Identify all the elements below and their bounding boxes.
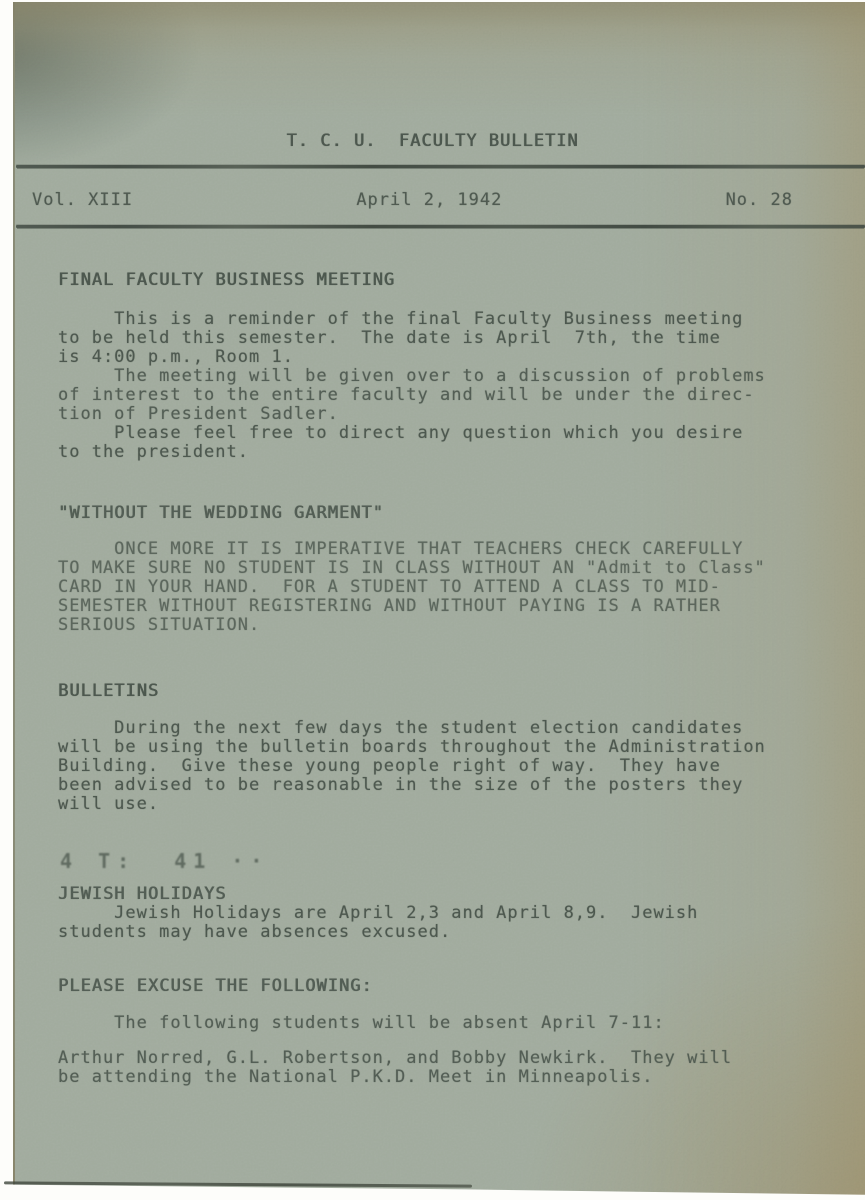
paragraph: This is a reminder of the final Faculty … (58, 310, 743, 367)
issue-number-label: No. 28 (726, 190, 793, 210)
masthead-rule-top (16, 165, 865, 168)
paragraph: ONCE MORE IT IS IMPERATIVE THAT TEACHERS… (58, 540, 766, 635)
paragraph: The meeting will be given over to a disc… (58, 367, 766, 424)
paragraph: Jewish Holidays are April 2,3 and April … (58, 904, 698, 942)
volume-label: Vol. XIII (32, 190, 133, 210)
scanned-bulletin-page: T. C. U. FACULTY BULLETIN Vol. XIII Apri… (0, 0, 865, 1200)
section-heading-please-excuse: PLEASE EXCUSE THE FOLLOWING: (58, 977, 373, 996)
pencil-smudge-marks: 4 T: 41 ·· (60, 849, 269, 873)
masthead-rule-bottom (16, 225, 865, 228)
section-heading-wedding-garment: "WITHOUT THE WEDDING GARMENT" (58, 504, 384, 523)
paragraph: During the next few days the student ele… (58, 719, 766, 814)
bulletin-title: T. C. U. FACULTY BULLETIN (0, 132, 865, 151)
section-heading-final-faculty-meeting: FINAL FACULTY BUSINESS MEETING (58, 271, 395, 290)
section-heading-jewish-holidays: JEWISH HOLIDAYS (58, 885, 227, 904)
date-label: April 2, 1942 (356, 190, 502, 210)
paragraph: Arthur Norred, G.L. Robertson, and Bobby… (58, 1049, 732, 1087)
masthead-row: Vol. XIII April 2, 1942 No. 28 (32, 190, 793, 210)
paragraph: The following students will be absent Ap… (58, 1014, 665, 1033)
section-heading-bulletins: BULLETINS (58, 682, 159, 701)
paragraph: Please feel free to direct any question … (58, 424, 743, 462)
